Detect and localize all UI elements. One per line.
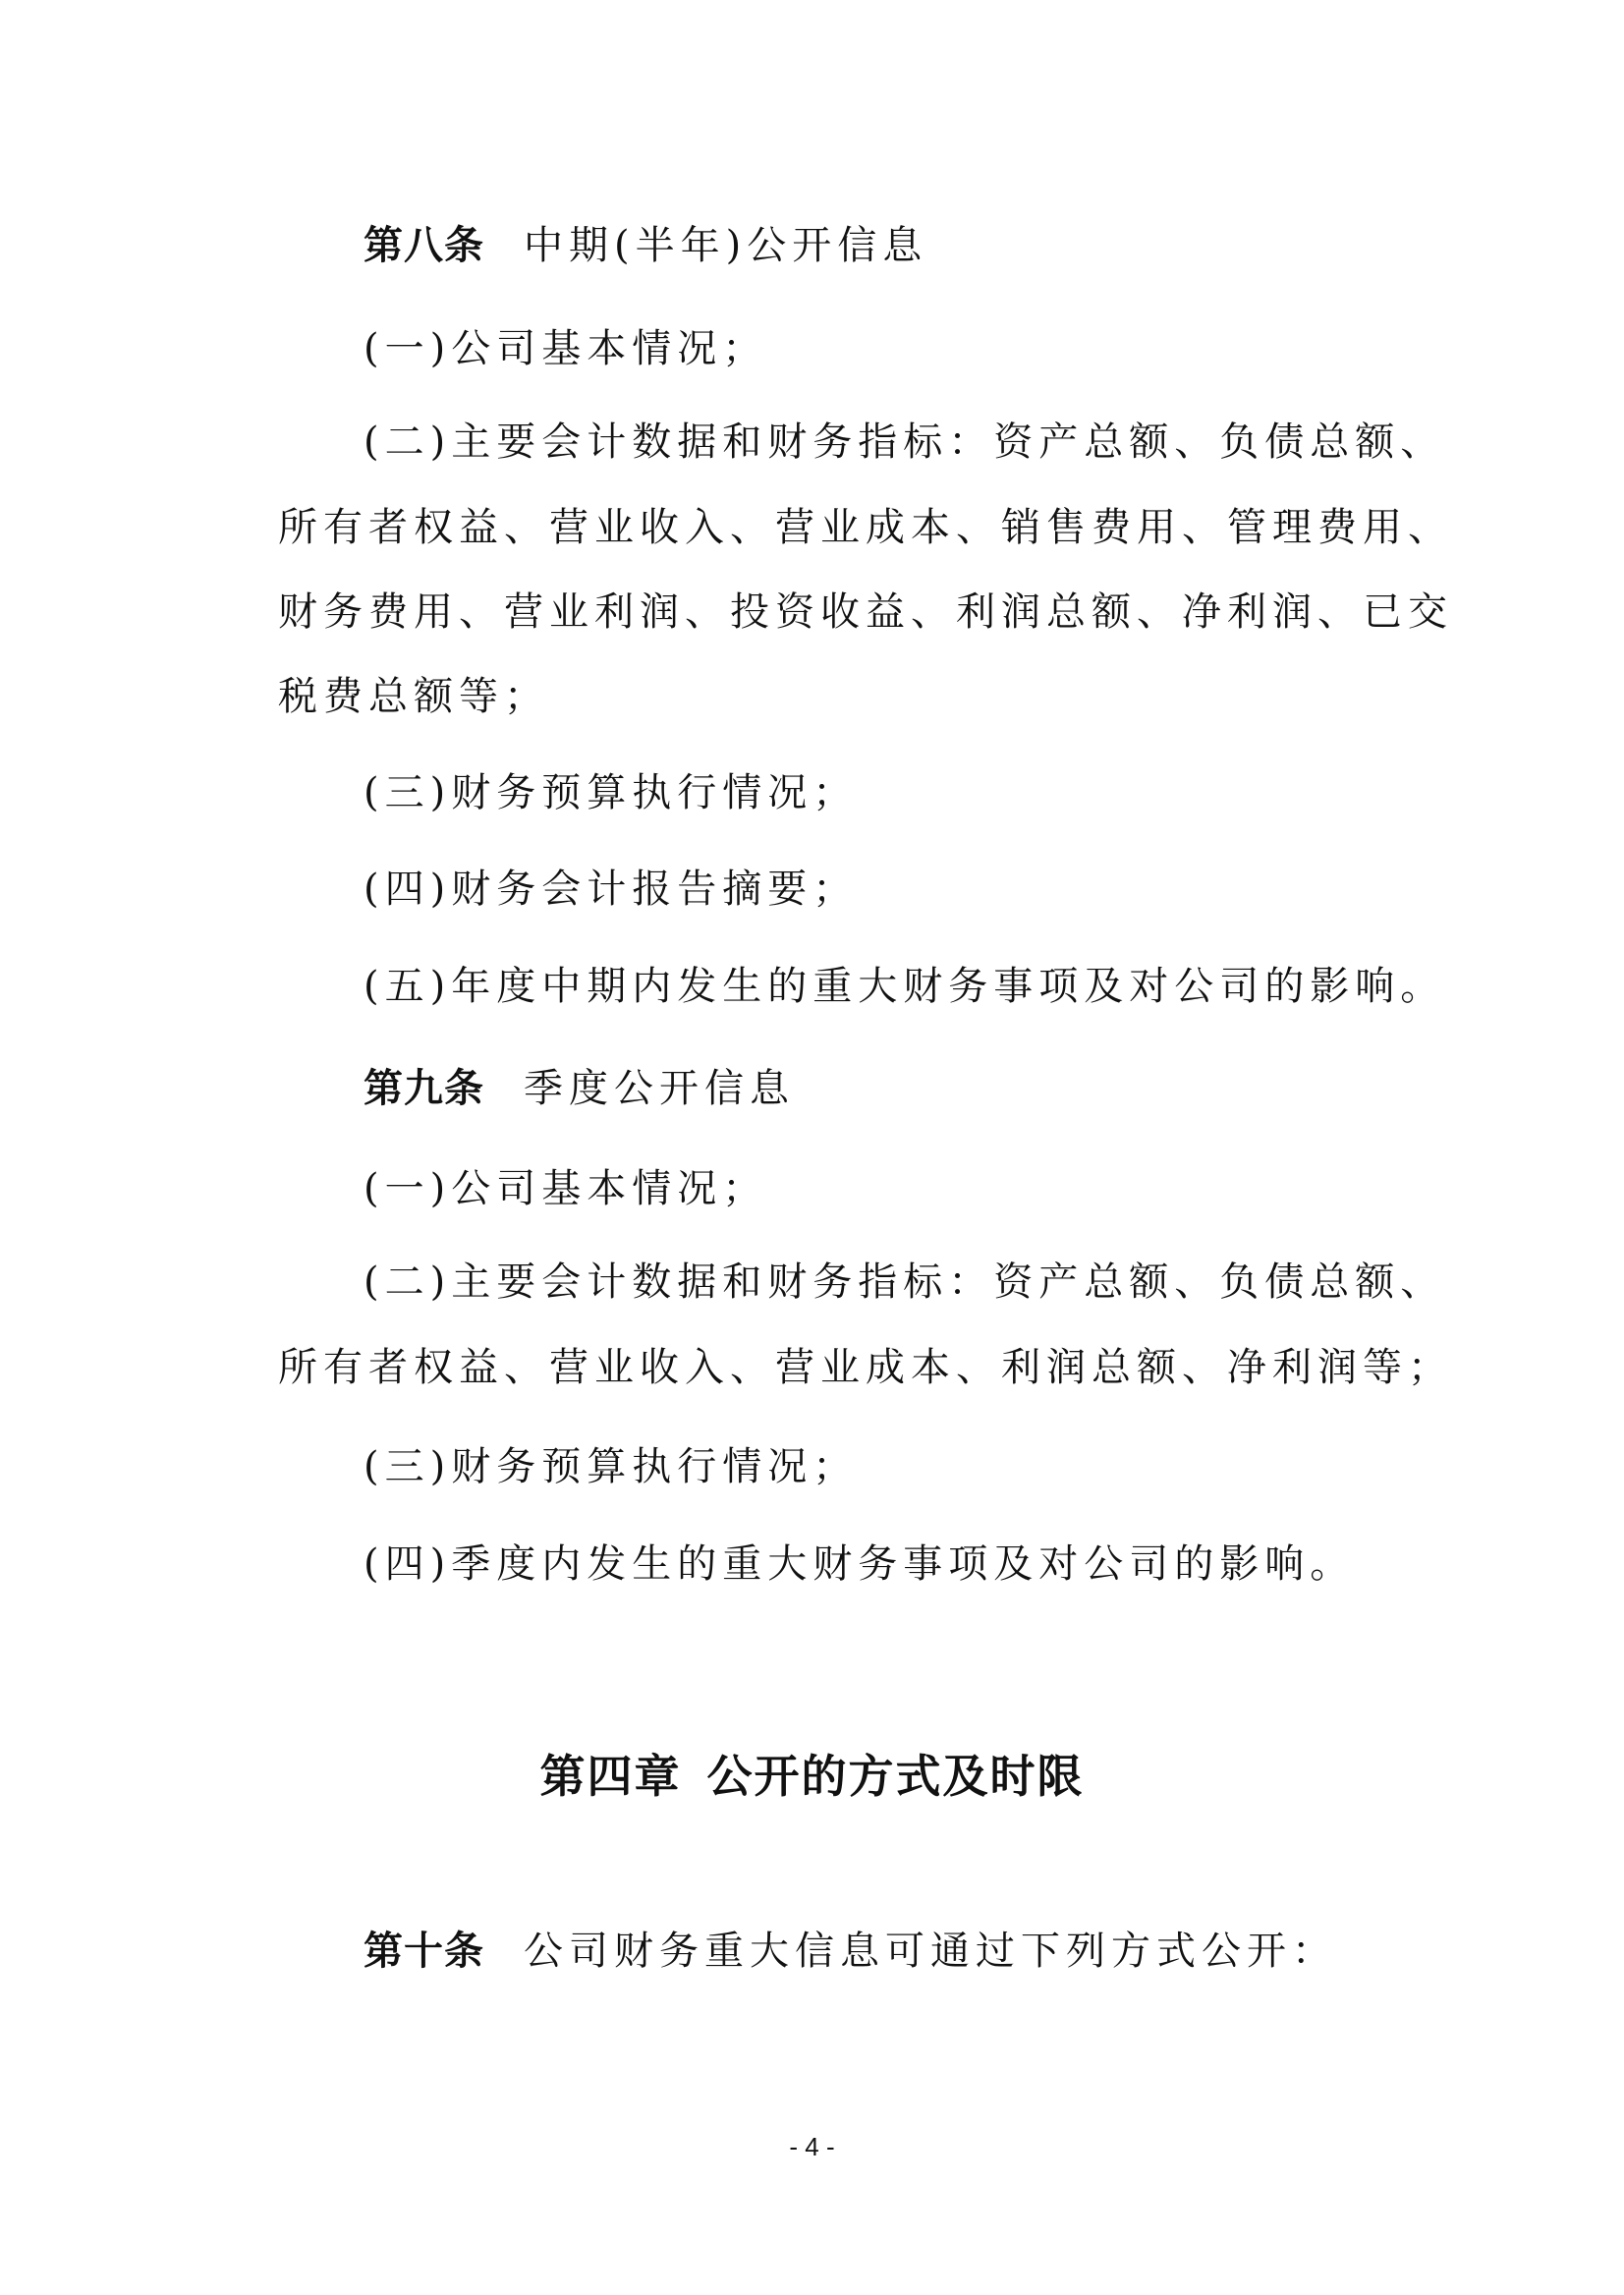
article-9-item-2-line-2: 所有者权益、营业收入、营业成本、利润总额、净利润等； [278,1344,1453,1391]
article-9-item-2-line-1: (二)主要会计数据和财务指标：资产总额、负债总额、 [364,1259,1445,1306]
chapter-4-number: 第四章 [540,1750,682,1803]
article-10-label: 第十条 [364,1929,484,1974]
article-8-item-5: (五)年度中期内发生的重大财务事项及对公司的影响。 [364,963,1445,1010]
article-9-item-1: (一)公司基本情况； [364,1165,767,1212]
chapter-4-title: 公开的方式及时限 [707,1750,1085,1803]
article-8-item-2-line-2: 所有者权益、营业收入、营业成本、销售费用、管理费用、 [278,504,1453,551]
article-10-title: 公司财务重大信息可通过下列方式公开： [524,1929,1337,1974]
article-8-item-2-line-3: 财务费用、营业利润、投资收益、利润总额、净利润、已交 [278,588,1453,636]
article-8-item-2-line-4: 税费总额等； [278,673,549,720]
article-9-label: 第九条 [364,1066,484,1111]
article-10-heading: 第十条公司财务重大信息可通过下列方式公开： [364,1928,1337,1975]
article-8-item-3: (三)财务预算执行情况； [364,769,858,816]
article-8-heading: 第八条中期(半年)公开信息 [364,222,927,269]
page-number: - 4 - [0,2132,1624,2162]
article-9-heading: 第九条季度公开信息 [364,1065,795,1112]
article-8-item-4: (四)财务会计报告摘要； [364,866,858,913]
article-9-item-3: (三)财务预算执行情况； [364,1443,858,1490]
article-8-item-1: (一)公司基本情况； [364,325,767,372]
article-9-title: 季度公开信息 [524,1066,795,1111]
article-9-item-4: (四)季度内发生的重大财务事项及对公司的影响。 [364,1540,1355,1588]
chapter-4-heading: 第四章公开的方式及时限 [0,1741,1624,1806]
article-8-label: 第八条 [364,223,484,268]
article-8-item-2-line-1: (二)主要会计数据和财务指标：资产总额、负债总额、 [364,419,1445,466]
article-8-title: 中期(半年)公开信息 [524,223,927,268]
